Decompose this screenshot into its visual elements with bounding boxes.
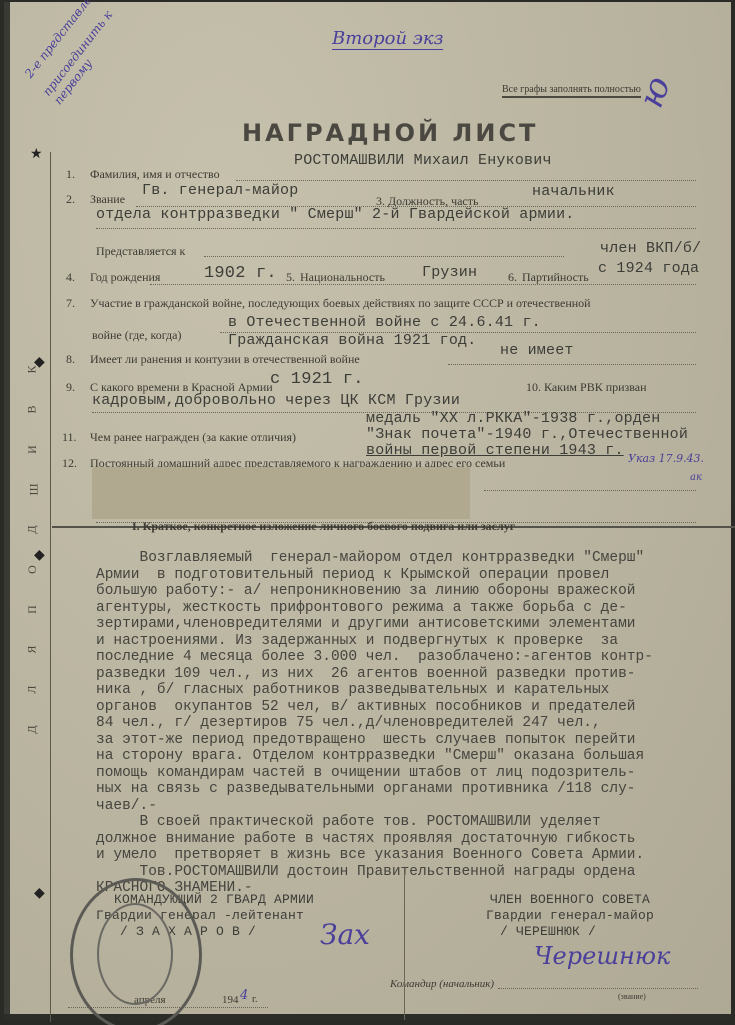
punch-mark: ◆ [34,885,45,902]
stamp-emblem [97,903,173,1005]
field-number: 9. [66,380,75,395]
redacted-address [92,467,470,519]
field-number: 5. [286,270,295,285]
dotted-line [236,180,696,181]
copy-note: Второй экз [332,28,443,50]
field-value-army-since: с 1921 г. [270,370,364,389]
field-value-party-2: с 1924 года [598,260,699,277]
dotted-line [448,364,696,365]
signature-zakharov: Зах [320,918,370,951]
field-label-name: Фамилия, имя и отчество [90,167,220,182]
field-number: 12. [62,456,77,471]
field-label-war-where: войне (где, когда) [92,328,181,343]
side-letter: Ш [27,483,42,495]
field-value-position-line2: отдела контрразведки " Смерш" 2-й Гварде… [96,206,574,223]
instruction-text: Все графы заполнять полностью [502,84,641,98]
side-letter: П [25,605,40,614]
document-title: НАГРАДНОЙ ЛИСТ [242,119,538,147]
field-value-name: РОСТОМАШВИЛИ Михаил Енукович [294,152,552,169]
signature-right-title: ЧЛЕН ВОЕННОГО СОВЕТА [490,892,650,907]
citation-text: Возглавляемый генерал-майором отдел конт… [96,550,706,897]
field-value-wounds: не имеет [500,342,574,359]
side-letter: Я [25,645,40,653]
commander-label: Командир (начальник) [390,978,494,990]
dotted-line [204,256,564,257]
field-value-position: начальник [532,183,615,200]
date-year-prefix: 194 [222,994,239,1006]
field-label-presented: Представляется к [96,244,185,259]
side-letter: В [25,405,40,413]
field-value-nationality: Грузин [422,264,477,281]
official-stamp [70,878,202,1025]
dotted-line [498,988,698,989]
field-number: 6. [508,270,517,285]
side-letter: Д [25,725,40,733]
field-value-war-1: в Отечественной войне с 24.6.41 г. [228,314,541,331]
field-value-war-2: Гражданская война 1921 год. [228,332,476,349]
field-number: 10. [526,380,541,395]
field-label-birth-year: Год рождения [90,270,160,285]
field-number: 1. [66,167,75,182]
field-value-rank: Гв. генерал-майор [142,182,298,199]
field-value-awards-2: "Знак почета"-1940 г.,Отечественной [366,426,688,443]
field-value-awards-1: медаль "XX л.РККА"-1938 г.,орден [366,410,660,427]
punch-mark: ◆ [34,547,45,564]
side-letter: О [25,565,40,574]
field-value-birth-year: 1902 г. [204,264,277,283]
dotted-line [150,284,696,285]
field-value-rvk: кадровым,добровольно через ЦК КСМ Грузии [92,392,460,409]
handwritten-note-2: присоединить к первому [40,0,161,107]
field-label-rank: Звание [90,192,125,207]
dotted-line [484,490,696,491]
rank-label: (звание) [618,992,646,1001]
field-number: 7. [66,296,75,311]
field-label-awards: Чем ранее награжден (за какие отличия) [90,430,296,445]
handwritten-mark: ак [690,472,702,483]
section-heading: I. Краткое, конкретное изложение личного… [132,519,515,534]
side-letter: Д [25,525,40,533]
field-number: 11. [62,430,77,445]
side-letter: Л [25,685,40,693]
signature-chereshniuk: Черешнюк [534,942,670,970]
signature-right-name: / ЧЕРЕШНЮК / [500,924,596,939]
field-number: 2. [66,192,75,207]
signature-right-rank: Гвардии генерал-майор [486,908,654,923]
fold-line [404,872,405,1020]
dotted-line [96,228,696,229]
margin-line [50,152,51,1022]
field-number: 8. [66,352,75,367]
field-label-party: Партийность [522,270,589,285]
field-label-nationality: Национальность [300,270,385,285]
field-value-party-1: член ВКП/б/ [600,240,701,257]
field-number: 4. [66,270,75,285]
punch-mark: ◆ [34,354,45,371]
field-label-wounds: Имеет ли ранения и контузии в отечествен… [90,352,360,367]
date-year-suffix: 4 [240,988,248,1003]
handwritten-decree-note: Указ 17.9.43. [628,452,704,465]
star-mark: ★ [30,146,43,163]
date-suffix: г. [252,994,257,1005]
award-sheet-paper: Второй экз 2-е представление присоединит… [4,2,731,1020]
scan-edge [4,2,10,1020]
side-letter: И [25,445,40,454]
field-label-war-participation: Участие в гражданской войне, последующих… [90,296,591,311]
field-label-rvk: Каким РВК призван [544,380,647,395]
